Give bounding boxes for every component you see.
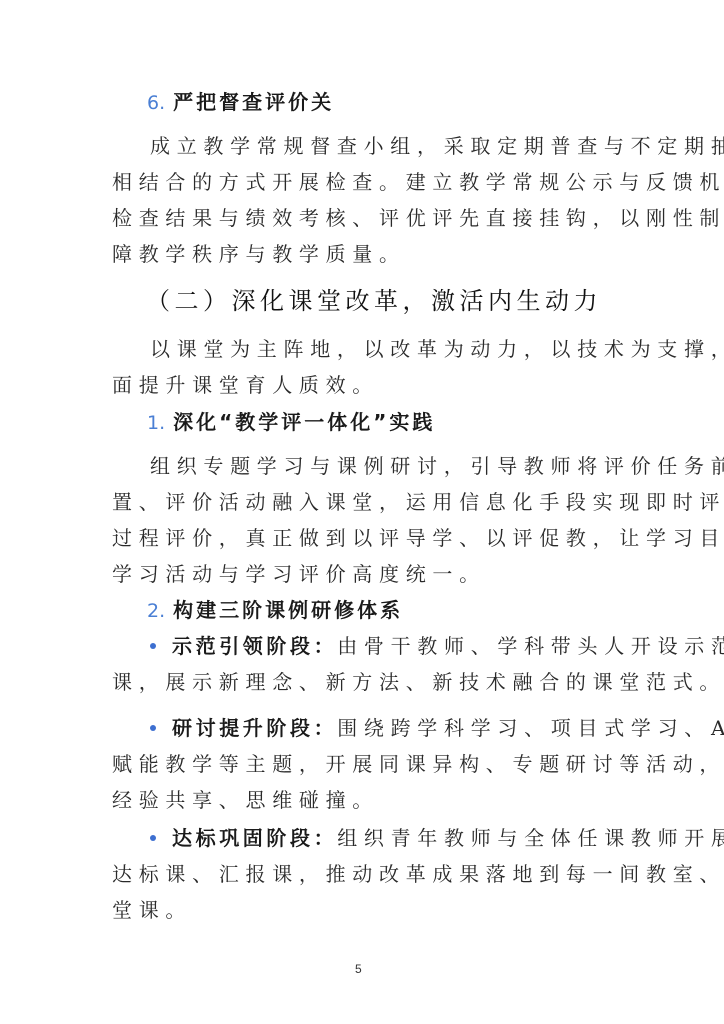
subheading-2: 2.构建三阶课例研修体系 [147, 598, 403, 623]
paragraph-line: 赋能教学等主题，开展同课异构、专题研讨等活动，促进 [112, 752, 596, 776]
section-heading: （二）深化课堂改革，激活内生动力 [146, 286, 602, 316]
bullet-text: 由骨干教师、学科带头人开设示范 [337, 634, 724, 658]
bullet-item: 达标巩固阶段：组织青年教师与全体任课教师开展 [150, 826, 596, 850]
bullet-icon [150, 725, 156, 731]
bullet-label: 示范引领阶段： [172, 634, 337, 658]
bullet-text: 围绕跨学科学习、项目式学习、AI [337, 716, 724, 740]
list-number: 6. [147, 92, 165, 114]
bullet-item: 研讨提升阶段：围绕跨学科学习、项目式学习、AI [150, 716, 596, 740]
paragraph-line: 经验共享、思维碰撞。 [112, 788, 596, 812]
paragraph-line: 堂课。 [112, 898, 596, 922]
paragraph-line: 达标课、汇报课，推动改革成果落地到每一间教室、每一 [112, 862, 596, 886]
list-number: 2. [147, 600, 165, 622]
paragraph-line: 成立教学常规督查小组，采取定期普查与不定期抽查 [150, 134, 596, 158]
subheading-6: 6.严把督查评价关 [147, 90, 334, 115]
paragraph-line: 面提升课堂育人质效。 [112, 373, 596, 397]
list-number: 1. [147, 412, 165, 434]
paragraph-line: 过程评价，真正做到以评导学、以评促教，让学习目标、 [112, 526, 596, 550]
paragraph-line: 学习活动与学习评价高度统一。 [112, 562, 596, 586]
bullet-label: 达标巩固阶段： [172, 826, 337, 850]
bullet-item: 示范引领阶段：由骨干教师、学科带头人开设示范 [150, 634, 596, 658]
paragraph-line: 课，展示新理念、新方法、新技术融合的课堂范式。 [112, 670, 596, 694]
bullet-text: 组织青年教师与全体任课教师开展 [337, 826, 724, 850]
subheading-title: 深化“教学评一体化”实践 [173, 410, 435, 434]
paragraph-line: 以课堂为主阵地，以改革为动力，以技术为支撑，全 [150, 337, 596, 361]
paragraph-line: 组织专题学习与课例研讨，引导教师将评价任务前 [150, 454, 596, 478]
paragraph-line: 置、评价活动融入课堂，运用信息化手段实现即时评价、 [112, 490, 596, 514]
bullet-icon [150, 643, 156, 649]
subheading-1: 1.深化“教学评一体化”实践 [147, 410, 435, 435]
bullet-label: 研讨提升阶段： [172, 716, 337, 740]
bullet-icon [150, 835, 156, 841]
page-number: 5 [355, 962, 362, 976]
document-page: 6.严把督查评价关 成立教学常规督查小组，采取定期普查与不定期抽查 相结合的方式… [0, 0, 724, 1024]
paragraph-line: 障教学秩序与教学质量。 [112, 242, 596, 266]
paragraph-line: 检查结果与绩效考核、评优评先直接挂钩，以刚性制度保 [112, 206, 596, 230]
paragraph-line: 相结合的方式开展检查。建立教学常规公示与反馈机制， [112, 170, 596, 194]
subheading-title: 严把督查评价关 [173, 90, 334, 114]
subheading-title: 构建三阶课例研修体系 [173, 598, 403, 622]
